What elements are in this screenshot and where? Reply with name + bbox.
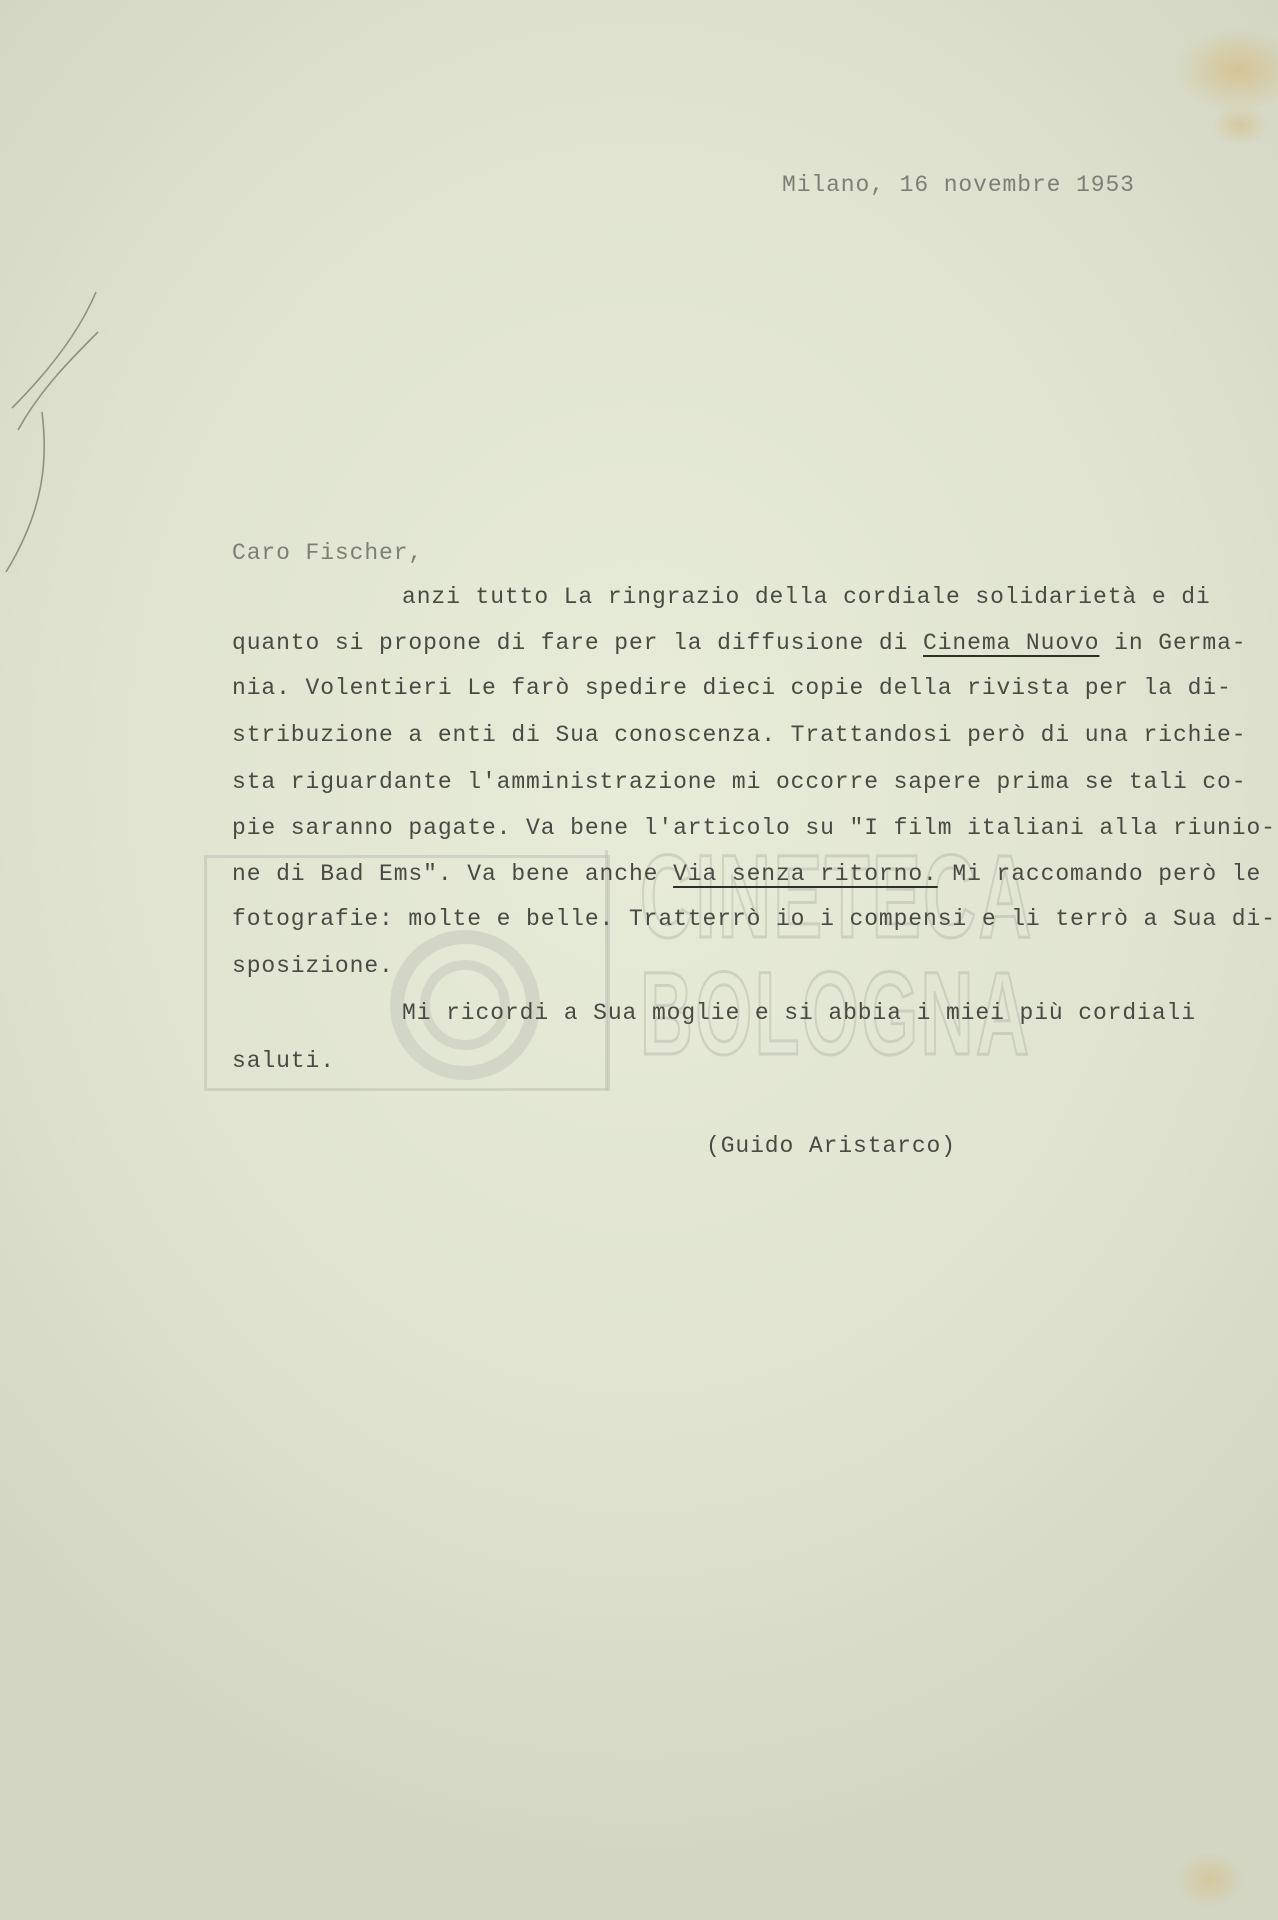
- film-title: Via senza ritorno.: [673, 861, 938, 887]
- body-line-9: sposizione.: [232, 953, 394, 979]
- body-line-7-text: ne di Bad Ems". Va bene anche: [232, 861, 673, 887]
- body-line-2-text: quanto si propone di fare per la diffusi…: [232, 630, 923, 656]
- body-line-1: anzi tutto La ringrazio della cordiale s…: [402, 584, 1211, 610]
- body-line-4: stribuzione a enti di Sua conoscenza. Tr…: [232, 722, 1246, 748]
- body-line-3: nia. Volentieri Le farò spedire dieci co…: [232, 675, 1232, 701]
- date-line: Milano, 16 novembre 1953: [782, 172, 1135, 198]
- pencil-mark-icon: [0, 260, 120, 580]
- salutation: Caro Fischer,: [232, 540, 423, 566]
- body-line-8: fotografie: molte e belle. Tratterrò io …: [232, 906, 1276, 932]
- magazine-title: Cinema Nuovo: [923, 630, 1099, 656]
- signature: (Guido Aristarco): [706, 1133, 956, 1159]
- body-line-7: ne di Bad Ems". Va bene anche Via senza …: [232, 861, 1261, 887]
- closing-line-2: saluti.: [232, 1048, 335, 1074]
- closing-line-1: Mi ricordi a Sua moglie e si abbia i mie…: [402, 1000, 1196, 1026]
- watermark-text-line1: CINETECA: [640, 838, 1034, 956]
- body-line-7-tail: Mi raccomando però le: [938, 861, 1261, 887]
- body-line-6: pie saranno pagate. Va bene l'articolo s…: [232, 815, 1276, 841]
- body-line-5: sta riguardante l'amministrazione mi occ…: [232, 769, 1246, 795]
- body-line-2-tail: in Germa-: [1099, 630, 1246, 656]
- body-line-2: quanto si propone di fare per la diffusi…: [232, 630, 1246, 656]
- letter-page: CINETECA BOLOGNA Milano, 16 novembre 195…: [0, 0, 1278, 1920]
